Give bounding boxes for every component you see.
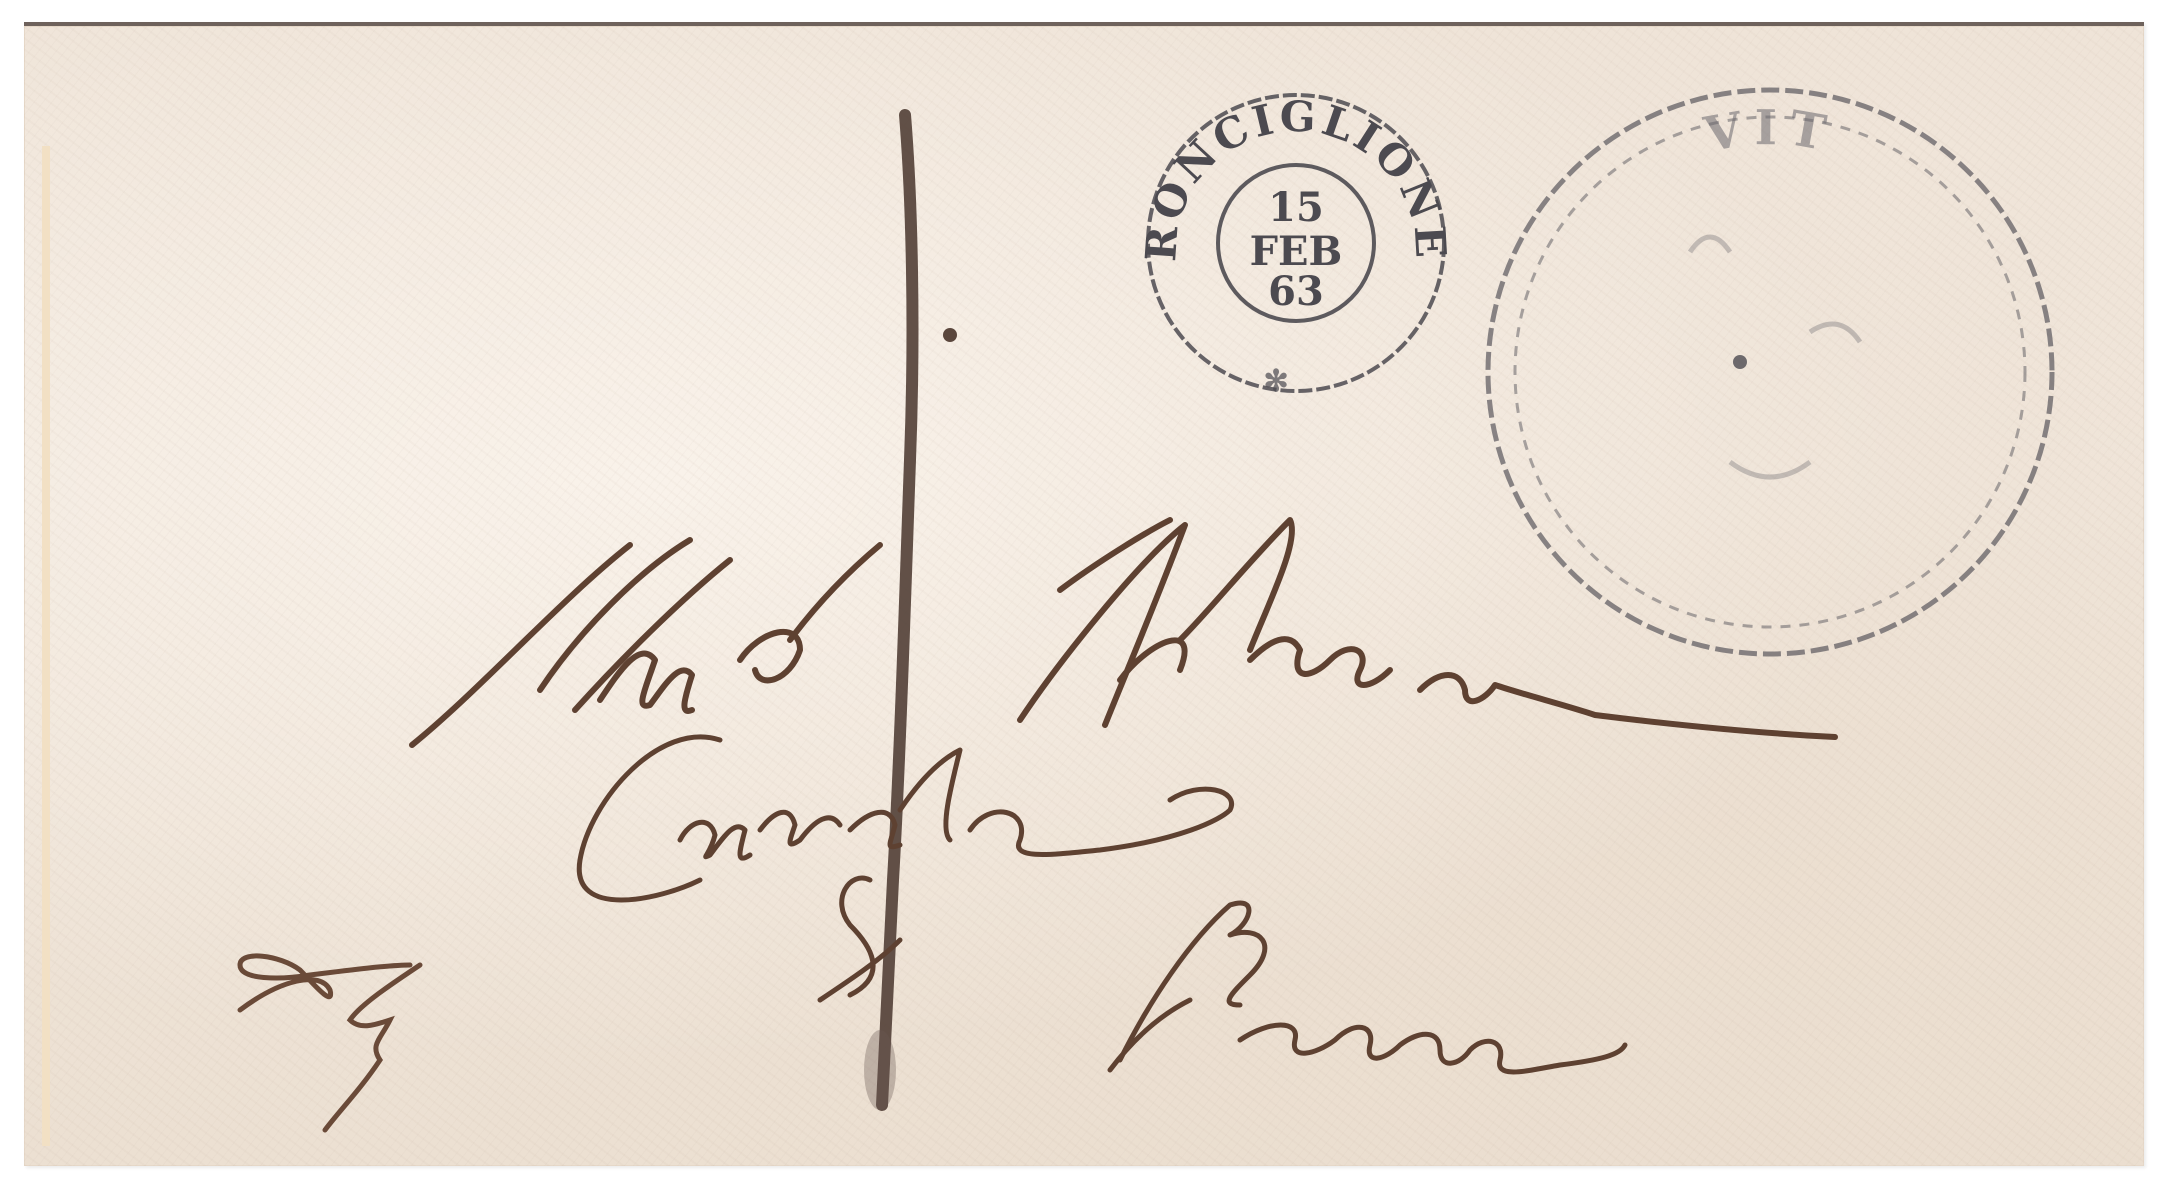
handwritten-address <box>412 520 1835 1072</box>
postmark-ornament: ✻ <box>1263 364 1288 399</box>
cover-markings: RONCIGLIONE 15 FEB 63 ✻ VIT <box>0 0 2180 1192</box>
manuscript-notation <box>240 956 420 1130</box>
seal-text: VIT <box>1699 100 1839 163</box>
vertical-ink-stroke <box>882 115 912 1105</box>
svg-text:VIT: VIT <box>1699 100 1839 163</box>
postmark-day: 15 <box>1268 184 1324 231</box>
town-datestamp-postmark: RONCIGLIONE 15 FEB 63 ✻ <box>1136 92 1456 399</box>
administrative-seal-postmark: VIT <box>1488 90 2052 654</box>
postmark-year: 63 <box>1268 268 1324 315</box>
